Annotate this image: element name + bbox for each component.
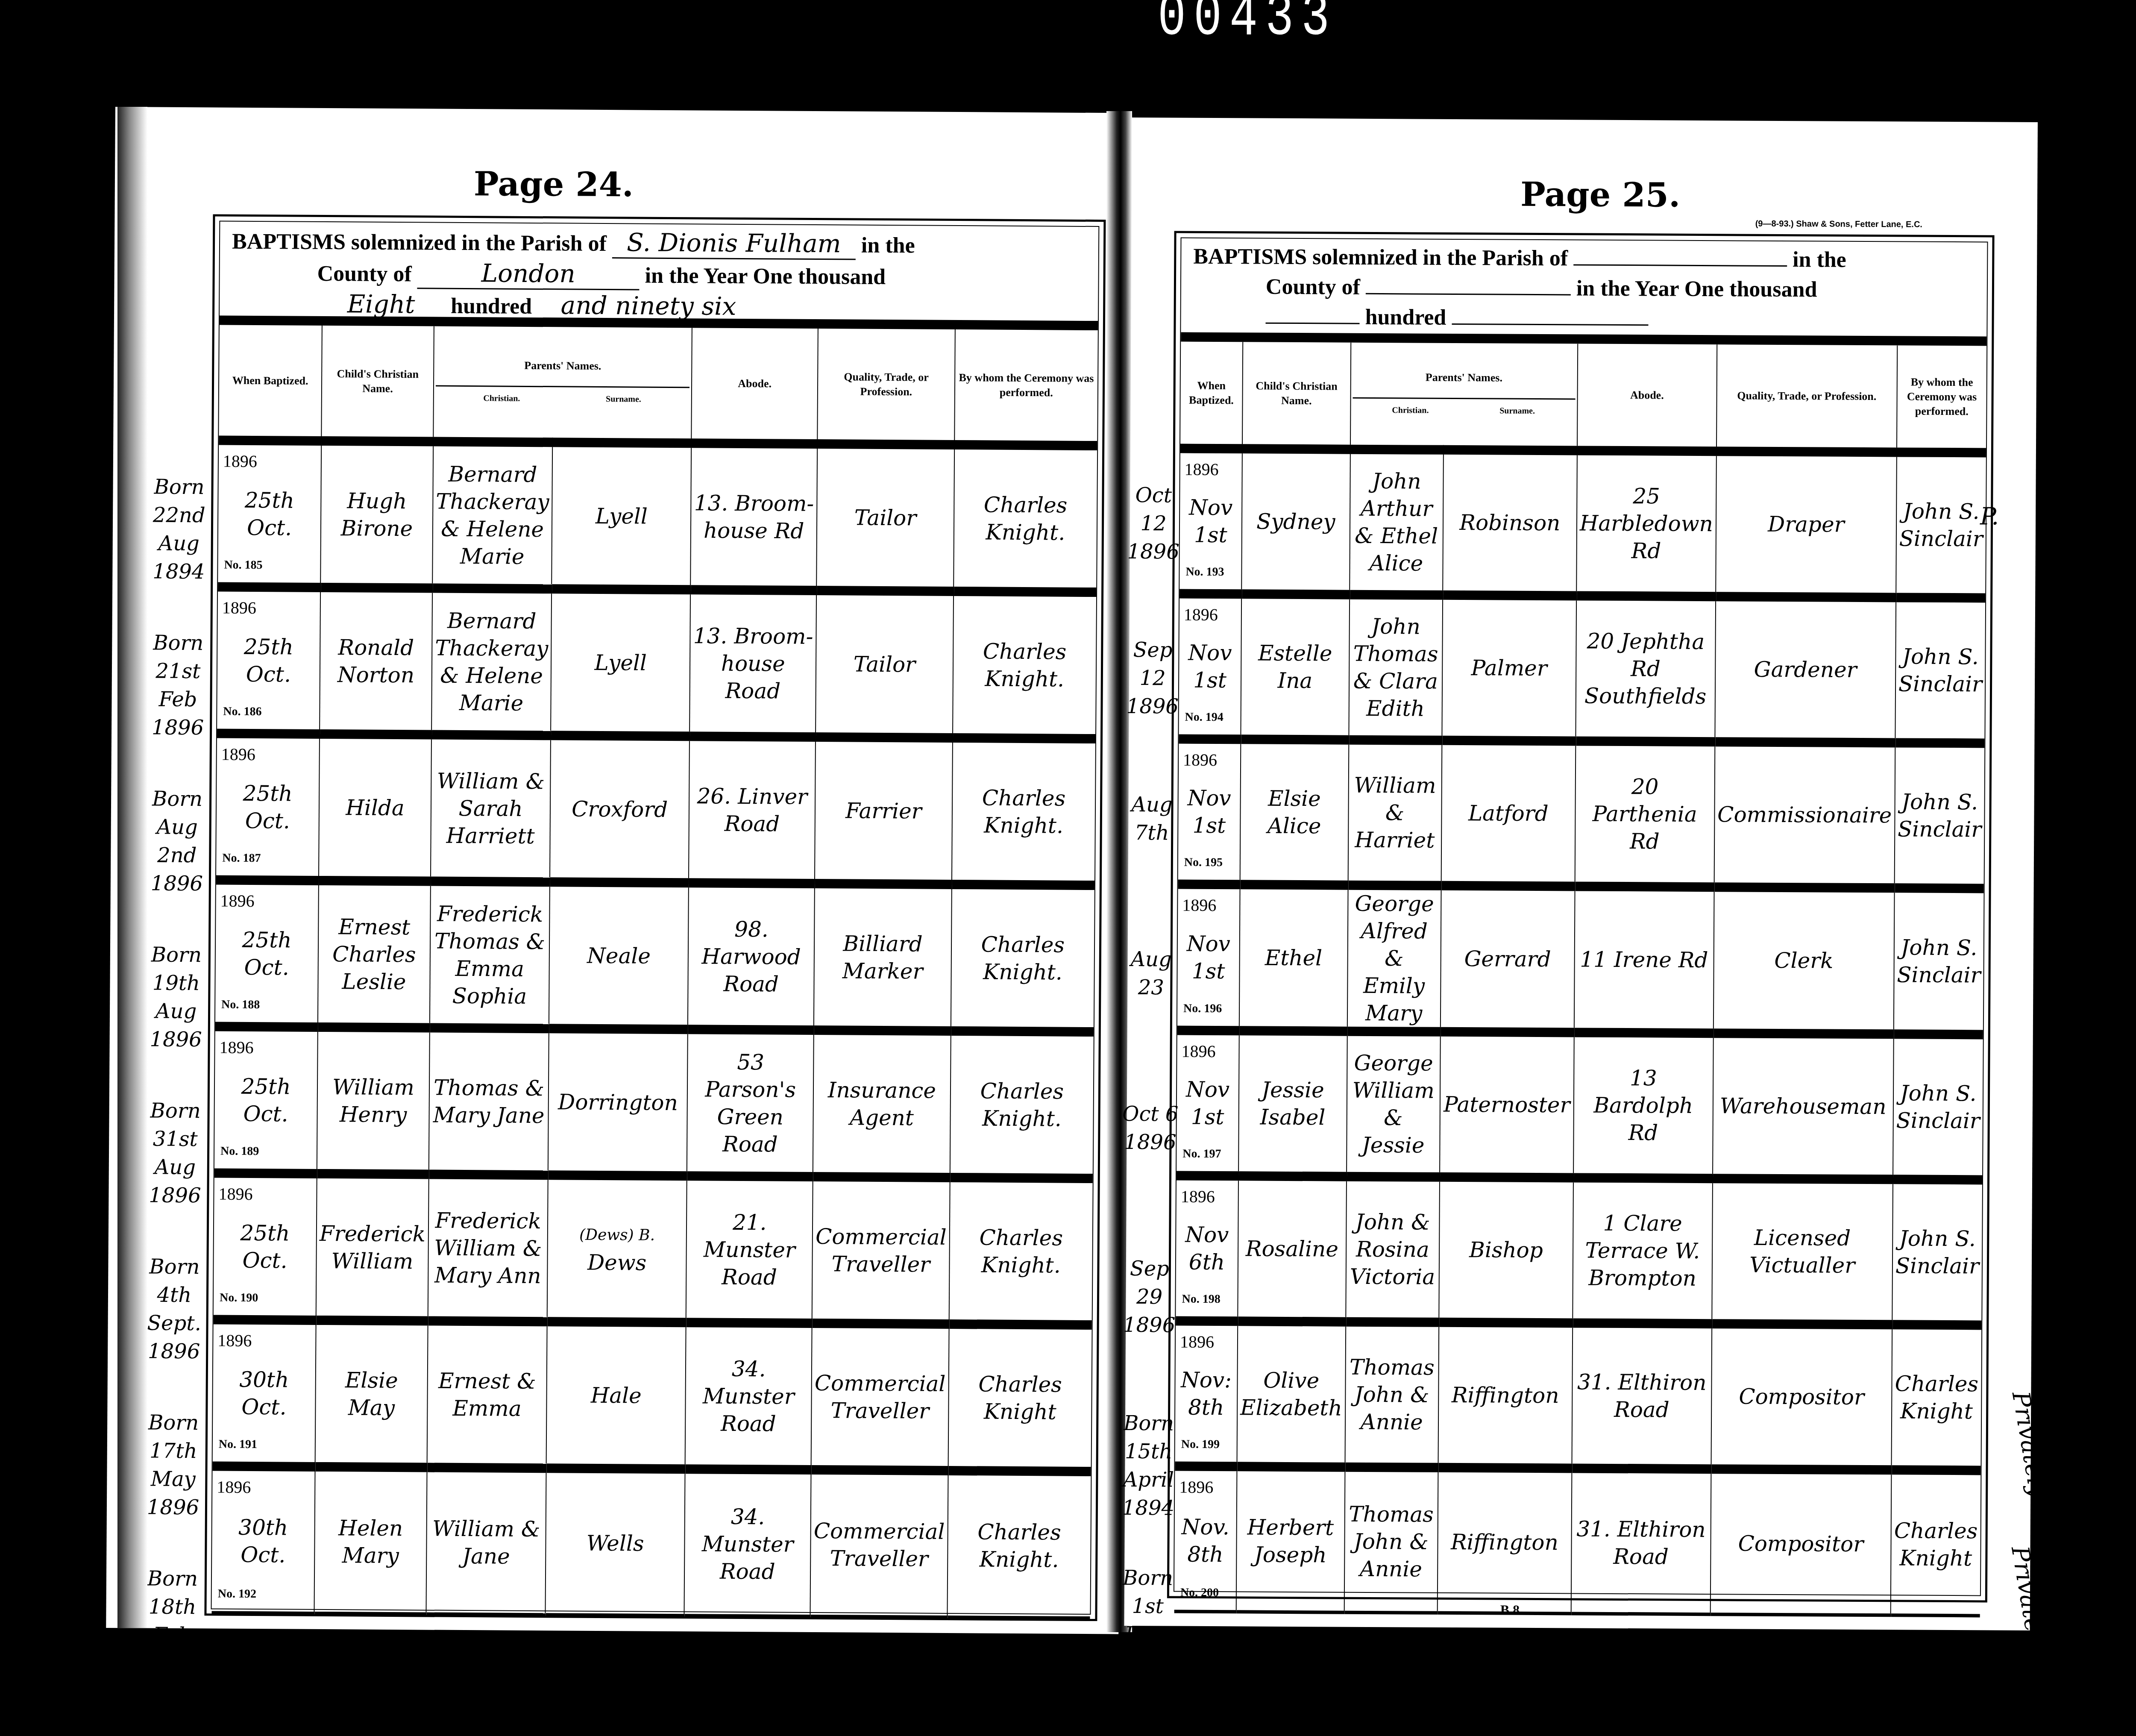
col-parents-names: Parents' Names. Christian.Surname. — [433, 326, 692, 444]
abode-cell: 13. Broom-house Road — [690, 590, 816, 737]
officiant-cell: Charles Knight. — [949, 1178, 1092, 1325]
parents-surname-cell: Riffington — [1438, 1468, 1572, 1614]
parents-surname-cell: Croxford — [550, 735, 690, 883]
when-baptized-cell: 189625th Oct.No. 188 — [215, 880, 319, 1027]
officiant-cell: Charles Knight. — [954, 445, 1097, 592]
abode-cell: 20 Parthenia Rd — [1575, 741, 1715, 887]
when-baptized-cell: 1896Nov 1stNo. 196 — [1177, 884, 1240, 1031]
register-entry: 189630th Oct.No. 192Helen MaryWilliam & … — [211, 1466, 1091, 1618]
parents-christian-cell: John Arthur & Ethel Alice — [1350, 449, 1444, 595]
heading-label: in the — [861, 233, 915, 258]
abode-cell: 98. Harwood Road — [688, 883, 815, 1030]
margin-birth-note: Aug 7th — [1120, 790, 1184, 847]
margin-birth-note: Born 19th Aug 1896 — [144, 940, 208, 1054]
col-child-name: Child's Christian Name. — [321, 326, 434, 442]
register-entry: 189630th Oct.No. 191Elsie MayErnest & Em… — [213, 1319, 1092, 1472]
margin-birth-note: Sep 12 1896 — [1121, 636, 1185, 721]
margin-birth-note: Oct 6 1896 — [1118, 1100, 1182, 1157]
parents-christian-cell: Thomas & Mary Jane — [429, 1028, 549, 1175]
margin-birth-note: Born 21st Feb 1896 — [146, 629, 211, 742]
child-name-cell: Helen Mary — [314, 1467, 427, 1614]
parents-surname-cell: Latford — [1441, 740, 1576, 887]
child-name-cell: Herbert Joseph — [1236, 1466, 1345, 1612]
officiant-cell: Charles Knight — [948, 1324, 1091, 1472]
trade-cell: Commercial Traveller — [810, 1470, 948, 1617]
margin-side-note: Privately — [2006, 1544, 2051, 1655]
officiant-cell: Charles Knight. — [950, 1031, 1093, 1178]
officiant-cell: John S. Sinclair — [1895, 597, 1985, 743]
officiant-cell: Charles Knight. — [947, 1471, 1091, 1618]
trade-cell: Commissionaire — [1714, 742, 1895, 888]
trade-cell: Commercial Traveller — [811, 1323, 949, 1471]
when-baptized-cell: 1896Nov 1stNo. 193 — [1179, 449, 1242, 594]
when-baptized-cell: 1896Nov 1stNo. 195 — [1178, 739, 1241, 885]
register-entry: 189625th Oct.No. 187HildaWilliam & Sarah… — [216, 733, 1095, 885]
register-entry: 1896Nov 1stNo. 193SydneyJohn Arthur & Et… — [1179, 449, 1986, 598]
signature-mark: B 8 — [1500, 1602, 1520, 1618]
trade-cell: Licensed Victualler — [1712, 1178, 1893, 1325]
parents-surname-cell: Paternoster — [1440, 1032, 1574, 1178]
when-baptized-cell: 189625th Oct.No. 186 — [217, 587, 320, 734]
heading-label: County of — [1266, 275, 1360, 300]
officiant-cell: Charles Knight. — [952, 738, 1095, 885]
heading-label: BAPTISMS solemnized in the Parish of — [1193, 244, 1568, 271]
parents-christian-cell: George Alfred & Emily Mary — [1347, 885, 1441, 1032]
trade-cell: Commercial Traveller — [812, 1177, 950, 1324]
parents-christian-cell: Thomas John & Annie — [1344, 1467, 1438, 1613]
parents-christian-cell: John Thomas & Clara Edith — [1349, 595, 1443, 740]
trade-cell: Farrier — [815, 737, 953, 884]
child-name-cell: Hugh Birone — [320, 441, 433, 588]
page-title: Page 25. — [1520, 175, 1681, 215]
parents-surname-cell: (Dews) B.Dews — [547, 1175, 687, 1322]
margin-birth-note: Born Aug 2nd 1896 — [145, 784, 210, 898]
margin-birth-note: Aug 23 — [1119, 945, 1183, 1002]
parents-surname-cell: Bishop — [1439, 1177, 1573, 1323]
parents-christian-cell: Bernard Thackeray & Helene Marie — [432, 442, 552, 589]
heading-label: in the Year One thousand — [1576, 276, 1817, 302]
when-baptized-cell: 1896Nov. 8thNo. 200 — [1174, 1466, 1237, 1612]
parents-christian-cell: William & Jane — [426, 1468, 546, 1615]
when-baptized-cell: 1896Nov 6thNo. 198 — [1176, 1176, 1238, 1322]
parents-surname-cell: Hale — [546, 1322, 686, 1469]
register-entry: 189625th Oct.No. 186Ronald NortonBernard… — [217, 587, 1096, 739]
child-name-cell: Olive Elizabeth — [1237, 1321, 1345, 1467]
parents-surname-cell: Lyell — [551, 589, 690, 736]
trade-cell: Draper — [1716, 451, 1897, 597]
margin-birth-note: Born 31st Aug 1896 — [143, 1096, 208, 1210]
col-abode: Abode. — [1577, 344, 1717, 451]
margin-birth-note: Born 1st June 1896 — [1115, 1564, 1180, 1677]
officiant-cell: John S. Sinclair — [1892, 1179, 1982, 1325]
trade-cell: Compositor — [1711, 1324, 1892, 1470]
col-quality: Quality, Trade, or Profession. — [817, 329, 955, 445]
abode-cell: 1 Clare Terrace W. Brompton — [1573, 1178, 1713, 1324]
parents-christian-cell: Ernest & Emma — [427, 1321, 547, 1469]
officiant-cell: Charles Knight — [1891, 1470, 1981, 1616]
child-name-cell: Jessie Isabel — [1238, 1031, 1347, 1176]
child-name-cell: Elsie May — [315, 1320, 428, 1468]
register-entry: 1896Nov 1stNo. 196EthelGeorge Alfred & E… — [1177, 884, 1984, 1035]
parents-christian-cell: George William & Jessie — [1347, 1031, 1441, 1177]
child-name-cell: Sydney — [1241, 449, 1350, 594]
col-when-baptized: When Baptized. — [1180, 342, 1243, 449]
heading-label: in the — [1793, 247, 1846, 272]
register-form: BAPTISMS solemnized in the Parish of in … — [1167, 231, 1995, 1603]
parents-surname-cell: Wells — [546, 1468, 685, 1616]
child-name-cell: Ronald Norton — [320, 587, 432, 735]
parents-christian-cell: William & Sarah Harriett — [431, 735, 551, 882]
col-quality: Quality, Trade, or Profession. — [1716, 344, 1897, 452]
register-entry: 1896Nov: 8thNo. 199Olive ElizabethThomas… — [1175, 1321, 1981, 1471]
parents-surname-cell: Dorrington — [548, 1028, 688, 1176]
abode-cell: 25 Harbledown Rd — [1576, 450, 1716, 596]
abode-cell: 31. Elthiron Road — [1572, 1323, 1712, 1469]
child-name-cell: Elsie Alice — [1240, 739, 1349, 885]
trade-cell: Compositor — [1710, 1469, 1891, 1615]
when-baptized-cell: 189630th Oct.No. 192 — [211, 1466, 315, 1613]
register-entry: 189625th Oct.No. 185Hugh BironeBernard T… — [218, 440, 1097, 592]
officiant-cell: John S. Sinclair — [1894, 743, 1984, 888]
when-baptized-cell: 189625th Oct.No. 187 — [216, 733, 320, 880]
register-form: BAPTISMS solemnized in the Parish of S. … — [204, 214, 1106, 1621]
abode-cell: 53 Parson's Green Road — [687, 1029, 814, 1177]
abode-cell: 11 Irene Rd — [1574, 886, 1714, 1033]
year-field-1 — [1265, 323, 1359, 324]
margin-birth-note: Born 15th April 1894 — [1116, 1409, 1181, 1522]
microfilm-frame-number: 00433 — [1158, 0, 1337, 53]
col-parents-names: Parents' Names. Christian.Surname. — [1350, 343, 1578, 451]
parents-surname-cell: Neale — [549, 882, 689, 1029]
trade-cell: Tailor — [816, 590, 954, 738]
abode-cell: 31. Elthiron Road — [1571, 1468, 1711, 1614]
child-name-cell: Ethel — [1239, 884, 1348, 1031]
heading-label: hundred — [451, 294, 532, 319]
register-page-left: Page 24. BAPTISMS solemnized in the Pari… — [106, 107, 1128, 1634]
parents-christian-cell: Thomas John & Annie — [1345, 1322, 1439, 1468]
when-baptized-cell: 189625th Oct.No. 189 — [214, 1026, 318, 1173]
col-child-name: Child's Christian Name. — [1242, 342, 1351, 449]
register-entry: 189625th Oct.No. 189William HenryThomas … — [214, 1026, 1094, 1178]
margin-birth-note: Oct 12 1896 — [1121, 481, 1186, 566]
county-field: London — [417, 258, 639, 290]
officiant-cell: Charles Knight. — [953, 591, 1096, 739]
abode-cell: 13. Broom-house Rd — [690, 443, 817, 590]
parish-field: S. Dionis Fulham — [612, 227, 856, 260]
trade-cell: Clerk — [1713, 887, 1895, 1034]
form-heading: BAPTISMS solemnized in the Parish of in … — [1193, 242, 1975, 336]
page-title: Page 24. — [474, 164, 634, 204]
parents-christian-cell: Bernard Thackeray & Helene Marie — [431, 588, 552, 736]
register-entry: 189625th Oct.No. 190Frederick WilliamFre… — [214, 1173, 1093, 1325]
year-field-2 — [1452, 323, 1648, 326]
margin-side-note: Privately — [2007, 1389, 2052, 1501]
parents-surname-cell: Riffington — [1438, 1322, 1573, 1469]
margin-side-note: P. — [1980, 502, 1999, 530]
officiant-cell: Charles Knight — [1891, 1325, 1981, 1470]
when-baptized-cell: 189625th Oct.No. 190 — [214, 1173, 317, 1320]
parish-field — [1573, 264, 1787, 267]
when-baptized-cell: 1896Nov 1stNo. 197 — [1177, 1031, 1239, 1176]
trade-cell: Warehouseman — [1713, 1033, 1894, 1179]
abode-cell: 34. Munster Road — [685, 1322, 812, 1470]
heading-label: hundred — [1365, 305, 1446, 330]
child-name-cell: Hilda — [319, 734, 431, 881]
officiant-cell: Charles Knight. — [951, 884, 1094, 1032]
margin-birth-note: Born 17th May 1896 — [141, 1408, 206, 1522]
abode-cell: 26. Linver Road — [689, 736, 816, 884]
parents-surname-cell: Gerrard — [1441, 886, 1575, 1033]
officiant-cell: John S. Sinclair — [1894, 888, 1984, 1034]
child-name-cell: Rosaline — [1238, 1176, 1346, 1322]
margin-birth-note: Born 4th Sept. 1896 — [142, 1252, 207, 1366]
register-page-right: Page 25. (9—8-93.) Shaw & Sons, Fetter L… — [1124, 117, 2038, 1630]
heading-label: BAPTISMS solemnized in the Parish of — [232, 229, 607, 256]
col-by-whom: By whom the Ceremony was performed. — [1897, 345, 1986, 452]
child-name-cell: William Henry — [317, 1027, 430, 1175]
parents-surname-cell: Lyell — [552, 442, 691, 590]
abode-cell: 34. Munster Road — [684, 1469, 811, 1616]
parents-christian-cell: William & Harriet — [1348, 740, 1442, 886]
col-by-whom: By whom the Ceremony was performed. — [954, 329, 1098, 446]
margin-birth-note: Born 22nd Aug 1894 — [147, 473, 211, 586]
printer-imprint: (9—8-93.) Shaw & Sons, Fetter Lane, E.C. — [1755, 219, 1922, 230]
parents-surname-cell: Palmer — [1442, 595, 1576, 741]
margin-birth-note: Born 18th Feb 1896 — [140, 1564, 205, 1677]
abode-cell: 13 Bardolph Rd — [1573, 1032, 1713, 1178]
register-entry: 1896Nov 1stNo. 195Elsie AliceWilliam & H… — [1178, 739, 1985, 889]
register-entry: 1896Nov 1stNo. 197Jessie IsabelGeorge Wi… — [1177, 1031, 1983, 1180]
trade-cell: Tailor — [816, 444, 954, 591]
child-name-cell: Estelle Ina — [1241, 594, 1349, 740]
margin-birth-note: Sep 29 1896 — [1117, 1254, 1182, 1339]
abode-cell: 20 Jephtha Rd Southfields — [1576, 596, 1716, 742]
register-entry: 189625th Oct.No. 188Ernest Charles Lesli… — [215, 880, 1094, 1032]
register-entry: 1896Nov 6thNo. 198RosalineJohn & Rosina … — [1176, 1176, 1982, 1325]
register-table: When Baptized. Child's Christian Name. P… — [1174, 342, 1987, 1618]
officiant-cell: John S. Sinclair — [1893, 1034, 1983, 1180]
trade-cell: Billiard Marker — [814, 884, 952, 1031]
parents-christian-cell: Frederick Thomas & Emma Sophia — [430, 881, 550, 1029]
parents-christian-cell: Frederick William & Mary Ann — [428, 1175, 548, 1322]
register-table: When Baptized. Child's Christian Name. P… — [211, 325, 1097, 1620]
register-entry: 1896Nov. 8thNo. 200Herbert JosephThomas … — [1174, 1466, 1981, 1616]
when-baptized-cell: 1896Nov: 8thNo. 199 — [1175, 1321, 1238, 1467]
when-baptized-cell: 189630th Oct.No. 191 — [213, 1319, 316, 1466]
parents-surname-cell: Robinson — [1443, 450, 1577, 596]
child-name-cell: Ernest Charles Leslie — [318, 881, 431, 1028]
county-field — [1366, 293, 1571, 296]
page-edge — [117, 107, 147, 1628]
abode-cell: 21. Munster Road — [686, 1176, 813, 1323]
col-abode: Abode. — [691, 328, 818, 444]
when-baptized-cell: 1896Nov 1stNo. 194 — [1179, 594, 1241, 740]
col-when-baptized: When Baptized. — [219, 325, 322, 441]
parents-christian-cell: John & Rosina Victoria — [1346, 1177, 1440, 1322]
officiant-cell: John S. Sinclair — [1896, 452, 1986, 598]
child-name-cell: Frederick William — [316, 1174, 429, 1321]
register-entry: 1896Nov 1stNo. 194Estelle InaJohn Thomas… — [1179, 594, 1985, 743]
heading-label: in the Year One thousand — [645, 264, 886, 289]
trade-cell: Gardener — [1715, 596, 1896, 743]
trade-cell: Insurance Agent — [813, 1030, 951, 1178]
when-baptized-cell: 189625th Oct.No. 185 — [218, 440, 321, 587]
form-heading: BAPTISMS solemnized in the Parish of S. … — [232, 225, 1086, 320]
heading-label: County of — [317, 261, 411, 286]
